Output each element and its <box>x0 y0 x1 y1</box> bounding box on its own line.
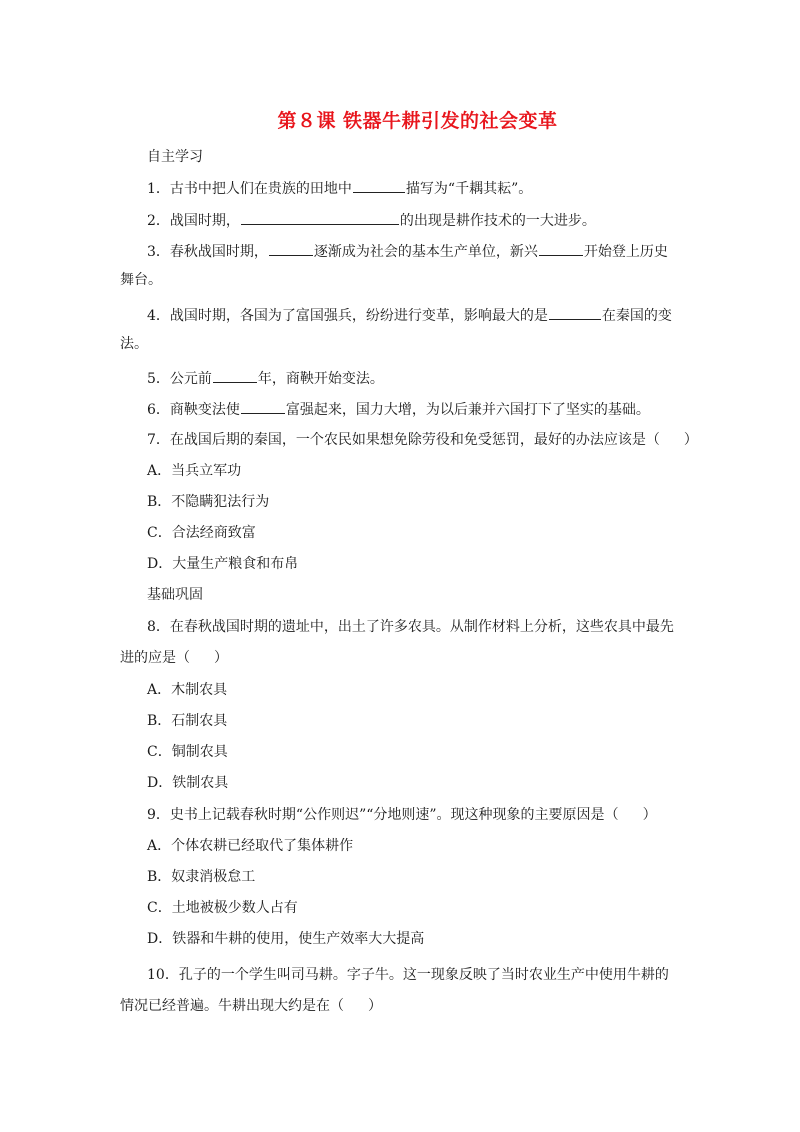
question-number: 8． <box>147 619 170 635</box>
question-7: 7．在战国后期的秦国，一个农民如果想免除劳役和免受惩罚，最好的办法应该是（） <box>147 430 698 450</box>
question-8-continuation: 进的应是（） <box>120 648 228 668</box>
fill-blank[interactable] <box>353 177 405 193</box>
option-c[interactable]: C．土地被极少数人占有 <box>147 898 298 918</box>
question-3: 3．春秋战国时期，逐渐成为社会的基本生产单位，新兴开始登上历史 <box>147 240 668 262</box>
question-number: 2． <box>147 213 170 229</box>
section-heading: 基础巩固 <box>147 585 203 605</box>
option-d[interactable]: D．铁器和牛耕的使用，使生产效率大大提高 <box>147 929 424 949</box>
question-number: 7． <box>147 432 170 448</box>
question-10: 10．孔子的一个学生叫司马耕。字子牛。这一现象反映了当时农业生产中使用牛耕的 <box>147 965 669 985</box>
option-a[interactable]: A．个体农耕已经取代了集体耕作 <box>147 836 353 856</box>
question-number: 5． <box>147 371 170 387</box>
question-5: 5．公元前年，商鞅开始变法。 <box>147 367 384 389</box>
question-10-continuation: 情况已经普遍。牛耕出现大约是在（） <box>120 996 382 1016</box>
option-b[interactable]: B．不隐瞒犯法行为 <box>147 492 269 512</box>
question-number: 10． <box>147 967 179 983</box>
question-number: 9． <box>147 807 170 823</box>
fill-blank[interactable] <box>539 240 583 256</box>
question-4: 4．战国时期，各国为了富国强兵，纷纷进行变革，影响最大的是在秦国的变 <box>147 304 672 326</box>
option-d[interactable]: D．大量生产粮食和布帛 <box>147 554 298 574</box>
option-a[interactable]: A．当兵立军功 <box>147 461 241 481</box>
lesson-title: 第８课 铁器牛耕引发的社会变革 <box>0 106 800 133</box>
fill-blank[interactable] <box>213 367 257 383</box>
question-number: 3． <box>147 244 170 260</box>
question-number: 6． <box>147 402 170 418</box>
question-3-continuation: 舞台。 <box>120 270 162 290</box>
question-6: 6．商鞅变法使富强起来，国力大增，为以后兼并六国打下了坚实的基础。 <box>147 398 650 420</box>
question-number: 1． <box>147 181 170 197</box>
document-page: 第８课 铁器牛耕引发的社会变革 自主学习 1．古书中把人们在贵族的田地中描写为“… <box>0 0 800 1132</box>
fill-blank[interactable] <box>549 304 601 320</box>
question-8: 8．在春秋战国时期的遗址中，出土了许多农具。从制作材料上分析，这些农具中最先 <box>147 617 674 637</box>
fill-blank[interactable] <box>269 240 313 256</box>
option-c[interactable]: C．合法经商致富 <box>147 523 256 543</box>
section-heading: 自主学习 <box>147 147 203 167</box>
question-2: 2．战国时期，的出现是耕作技术的一大进步。 <box>147 209 596 231</box>
option-d[interactable]: D．铁制农具 <box>147 773 228 793</box>
option-b[interactable]: B．奴隶消极怠工 <box>147 867 255 887</box>
question-1: 1．古书中把人们在贵族的田地中描写为“千耦其耘”。 <box>147 177 532 199</box>
option-b[interactable]: B．石制农具 <box>147 711 227 731</box>
fill-blank[interactable] <box>241 209 399 225</box>
fill-blank[interactable] <box>241 398 285 414</box>
option-c[interactable]: C．铜制农具 <box>147 742 228 762</box>
option-a[interactable]: A．木制农具 <box>147 680 227 700</box>
question-9: 9．史书上记载春秋时期“公作则迟”“分地则速”。现这种现象的主要原因是（） <box>147 805 657 825</box>
question-number: 4． <box>147 308 170 324</box>
question-4-continuation: 法。 <box>120 334 148 354</box>
